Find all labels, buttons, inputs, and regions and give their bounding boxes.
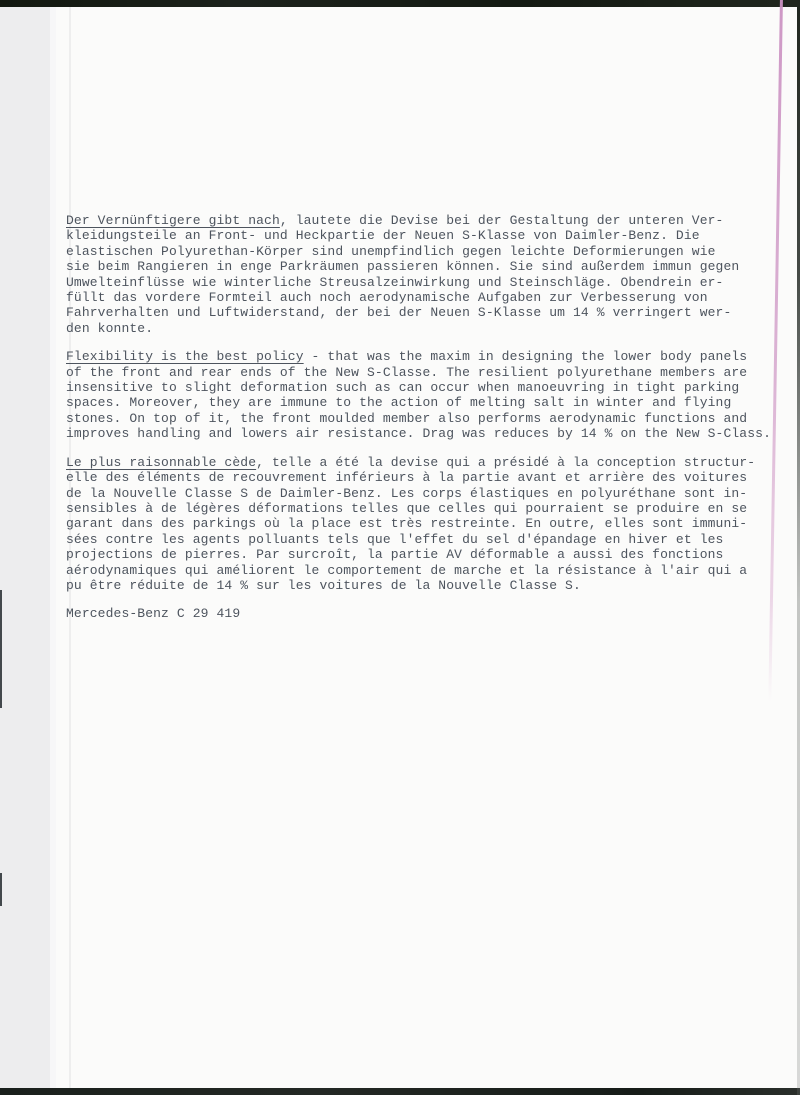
text-line: projections de pierres. Par surcroît, la…: [66, 547, 772, 562]
text-line: elle des éléments de recouvrement inféri…: [66, 470, 772, 485]
text-line: garant dans des parkings où la place est…: [66, 516, 772, 531]
paragraph-german: Der Vernünftigere gibt nach, lautete die…: [66, 213, 772, 336]
text-line: elastischen Polyurethan-Körper sind unem…: [66, 244, 772, 259]
text-line: stones. On top of it, the front moulded …: [66, 411, 772, 426]
text-line: Le plus raisonnable cède, telle a été la…: [66, 455, 772, 470]
text-line-rest: , telle a été la devise qui a présidé à …: [256, 455, 755, 470]
scan-left-edge-mark: [0, 590, 2, 708]
scan-top-edge: [0, 0, 800, 7]
scan-bottom-edge: [0, 1088, 800, 1095]
text-line: spaces. Moreover, they are immune to the…: [66, 395, 772, 410]
text-line: Umwelteinflüsse wie winterliche Streusal…: [66, 275, 772, 290]
text-line: insensitive to slight deformation such a…: [66, 380, 772, 395]
text-line: pu être réduite de 14 % sur les voitures…: [66, 578, 772, 593]
text-line: den konnte.: [66, 321, 772, 336]
lead-phrase-german: Der Vernünftigere gibt nach: [66, 213, 280, 228]
text-line: füllt das vordere Formteil auch noch aer…: [66, 290, 772, 305]
paragraph-english: Flexibility is the best policy - that wa…: [66, 349, 772, 441]
text-line: Der Vernünftigere gibt nach, lautete die…: [66, 213, 772, 228]
scan-left-edge-mark: [0, 873, 2, 906]
text-line: aérodynamiques qui améliorent le comport…: [66, 563, 772, 578]
typed-text-block: Der Vernünftigere gibt nach, lautete die…: [66, 213, 772, 622]
text-line: Flexibility is the best policy - that wa…: [66, 349, 772, 364]
text-line-rest: - that was the maxim in designing the lo…: [304, 349, 748, 364]
lead-phrase-english: Flexibility is the best policy: [66, 349, 304, 364]
text-line: Fahrverhalten und Luftwiderstand, der be…: [66, 305, 772, 320]
text-line: kleidungsteile an Front- und Heckpartie …: [66, 228, 772, 243]
text-line-rest: , lautete die Devise bei der Gestaltung …: [280, 213, 724, 228]
text-line: sensibles à de légères déformations tell…: [66, 501, 772, 516]
left-margin-strip: [0, 0, 56, 1095]
text-line: improves handling and lowers air resista…: [66, 426, 772, 441]
lead-phrase-french: Le plus raisonnable cède: [66, 455, 256, 470]
photo-reference-number: Mercedes-Benz C 29 419: [66, 606, 772, 621]
text-line: sie beim Rangieren in enge Parkräumen pa…: [66, 259, 772, 274]
text-line: sées contre les agents polluants tels qu…: [66, 532, 772, 547]
scanned-press-photo-back: Der Vernünftigere gibt nach, lautete die…: [0, 0, 800, 1095]
text-line: de la Nouvelle Classe S de Daimler-Benz.…: [66, 486, 772, 501]
text-line: of the front and rear ends of the New S-…: [66, 365, 772, 380]
paragraph-french: Le plus raisonnable cède, telle a été la…: [66, 455, 772, 594]
